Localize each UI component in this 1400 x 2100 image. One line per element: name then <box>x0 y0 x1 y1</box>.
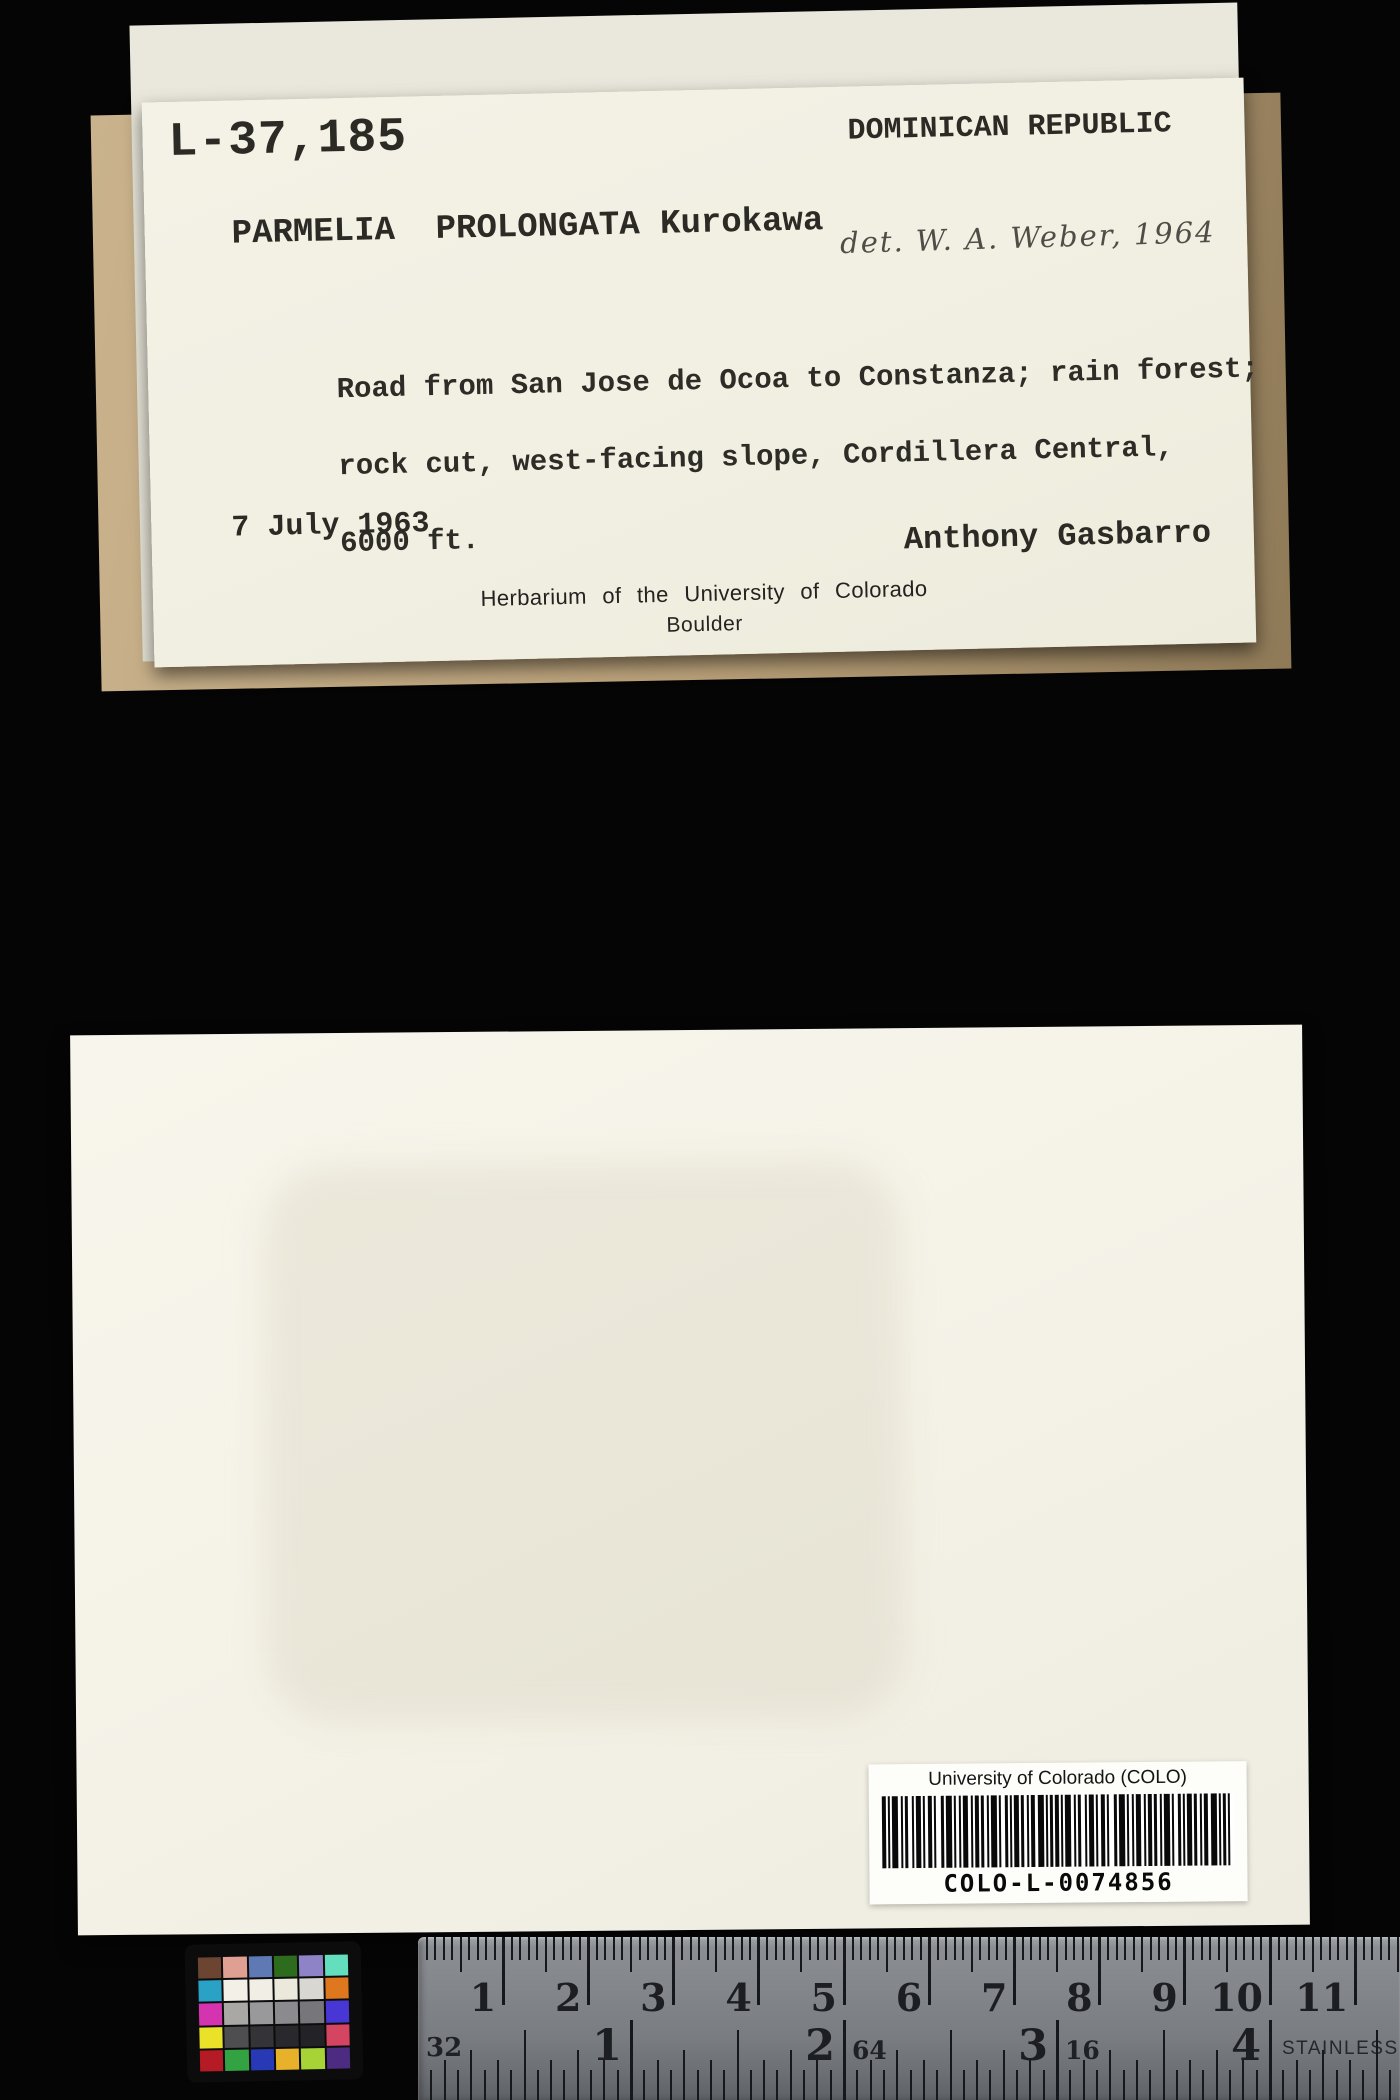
ruler-mm-tick <box>1133 1937 1135 1960</box>
color-swatch <box>249 2002 273 2024</box>
color-swatch <box>274 1956 298 1978</box>
ruler-mm-tick <box>869 1937 871 1960</box>
barcode-bar <box>905 1796 909 1868</box>
ruler-mm-tick <box>1320 1937 1322 1960</box>
ruler-inch-tick <box>1389 2070 1391 2100</box>
ruler-inch-tick <box>883 2070 885 2100</box>
ruler-inch-tick <box>643 2070 645 2100</box>
barcode-bar <box>1136 1794 1142 1866</box>
ruler-mm-tick <box>834 1937 836 1960</box>
barcode-bar <box>916 1796 922 1868</box>
barcode-bar <box>1194 1794 1198 1866</box>
ruler-mm-tick <box>1397 1937 1399 1972</box>
ruler-inch-tick <box>524 2030 526 2100</box>
barcode-bar <box>954 1796 957 1868</box>
barcode-bar <box>901 1796 904 1868</box>
ruler-mm-tick <box>485 1937 487 1960</box>
ruler-inch-number: 4 <box>1190 2021 1261 2071</box>
barcode-bar <box>1183 1794 1186 1866</box>
ruler-mm-tick <box>1303 1937 1305 1960</box>
barcode-bar <box>1148 1794 1153 1866</box>
ruler-mm-tick <box>494 1937 496 1960</box>
ruler-mm-tick <box>1192 1937 1194 1960</box>
ruler-inch-tick <box>1083 2060 1085 2100</box>
color-checker-grid <box>198 1954 350 2071</box>
ruler-mm-tick <box>664 1937 666 1960</box>
barcode-bar <box>1160 1794 1163 1866</box>
ruler-mm-tick <box>1388 1937 1390 1960</box>
ruler-mm-tick <box>1107 1937 1109 1960</box>
ruler-inch-tick <box>444 2060 446 2100</box>
barcode-bar <box>1078 1795 1082 1867</box>
barcode-bar <box>981 1795 985 1867</box>
ruler-mm-tick <box>757 1937 760 2005</box>
ruler-mm-tick <box>1337 1937 1339 1960</box>
ruler-mm-tick <box>1278 1937 1280 1960</box>
barcode-bar <box>1223 1793 1227 1865</box>
ruler-mm-tick <box>979 1937 981 1960</box>
barcode-bar <box>963 1796 969 1868</box>
country-label: DOMINICAN REPUBLIC <box>847 107 1172 148</box>
ruler-mm-tick <box>962 1937 964 1960</box>
ruler-mm-tick <box>1005 1937 1007 1960</box>
ruler-inch-tick <box>910 2070 912 2100</box>
ruler-mm-tick <box>647 1937 649 1960</box>
barcode-bar <box>1204 1793 1209 1865</box>
barcode-bar <box>1154 1794 1158 1866</box>
ruler-inch-tick <box>803 2070 805 2100</box>
barcode <box>882 1793 1235 1868</box>
ruler-mm-tick <box>715 1937 717 1972</box>
ruler-mm-tick <box>843 1937 846 2005</box>
ruler-mm-tick <box>988 1937 990 1960</box>
ruler-mm-tick <box>903 1937 905 1960</box>
barcode-number: COLO-L-0074856 <box>869 1867 1247 1898</box>
color-swatch <box>274 1979 298 2001</box>
ruler-mm-tick <box>1209 1937 1211 1960</box>
ruler-mm-tick <box>672 1937 675 2005</box>
color-swatch <box>324 1954 348 1976</box>
ruler-cm-number: 7 <box>939 1975 1007 2020</box>
ruler-cm-number: 2 <box>513 1975 581 2020</box>
color-swatch <box>249 1979 273 2001</box>
ruler-mm-tick <box>886 1937 888 1972</box>
ruler-inch-tick <box>1229 2070 1231 2100</box>
collection-date: 7 July 1963 <box>231 507 430 545</box>
barcode-bar <box>1055 1795 1060 1867</box>
ruler-inch-tick <box>1109 2050 1111 2100</box>
color-swatch <box>300 2001 324 2023</box>
ruler-mm-tick <box>1082 1937 1084 1960</box>
ruler-mm-tick <box>528 1937 530 1960</box>
color-swatch <box>326 2024 350 2046</box>
barcode-bar <box>1014 1795 1020 1867</box>
ruler-mm-tick <box>1150 1937 1152 1960</box>
ruler-mm-tick <box>477 1937 479 1960</box>
color-swatch <box>299 1955 323 1977</box>
ruler-mm-tick <box>1116 1937 1118 1960</box>
color-swatch <box>248 1956 272 1978</box>
ruler-inch-tick <box>1096 2070 1098 2100</box>
barcode-bar <box>1107 1794 1110 1866</box>
color-swatch <box>325 2001 349 2023</box>
ruler-inch-tick <box>1269 2020 1272 2100</box>
barcode-bar <box>1085 1795 1088 1867</box>
barcode-bar <box>1038 1795 1045 1867</box>
ruler-inch-tick <box>1136 2060 1138 2100</box>
color-swatch <box>300 1978 324 2000</box>
ruler-mm-tick <box>613 1937 615 1960</box>
color-swatch <box>325 1978 349 2000</box>
ruler-mm-tick <box>1183 1937 1186 2005</box>
barcode-bar <box>928 1796 933 1868</box>
ruler-mm-tick <box>724 1937 726 1960</box>
barcode-bar <box>1200 1794 1203 1866</box>
ruler-mm-tick <box>749 1937 751 1960</box>
ruler-mm-tick <box>741 1937 743 1960</box>
ruler-mm-tick <box>800 1937 802 1972</box>
ruler-mm-tick <box>1065 1937 1067 1960</box>
ruler-inch-tick <box>737 2030 739 2100</box>
ruler-mm-tick <box>698 1937 700 1960</box>
ruler-mm-tick <box>920 1937 922 1960</box>
ruler-mm-tick <box>1286 1937 1288 1960</box>
ruler-mm-tick <box>809 1937 811 1960</box>
ruler-mm-tick <box>1201 1937 1203 1960</box>
ruler-mm-tick <box>1056 1937 1058 1972</box>
locality-line: Road from San Jose de Ocoa to Constanza;… <box>336 352 1259 406</box>
ruler-inch-tick <box>497 2060 499 2100</box>
ruler-inch-tick <box>963 2070 965 2100</box>
ruler-inch-tick <box>1336 2070 1338 2100</box>
ruler-mm-tick <box>1167 1937 1169 1960</box>
ruler-mm-tick <box>1013 1937 1016 2005</box>
ruler-mm-tick <box>562 1937 564 1960</box>
color-swatch <box>301 2048 325 2070</box>
ruler-cm-number: 1 <box>428 1975 496 2020</box>
barcode-bar <box>1027 1795 1030 1867</box>
color-swatch <box>224 1980 248 2002</box>
ruler-mm-tick <box>604 1937 606 1960</box>
barcode-bar <box>892 1796 899 1868</box>
ruler-inch-tick <box>457 2070 459 2100</box>
ruler-inch-tick <box>1376 2030 1378 2100</box>
ruler-mm-tick <box>511 1937 513 1960</box>
barcode-bar <box>1089 1794 1095 1866</box>
ruler-inch-number: 2 <box>764 2021 835 2071</box>
barcode-bar <box>1096 1794 1099 1866</box>
ruler-mm-tick <box>707 1937 709 1960</box>
ruler-brand-text: STAINLESS ST <box>1282 2038 1400 2060</box>
color-checker-card <box>185 1941 364 2083</box>
ruler-mm-tick <box>1158 1937 1160 1960</box>
barcode-bar <box>1187 1794 1193 1866</box>
barcode-bar <box>1046 1795 1049 1867</box>
barcode-bar <box>1021 1795 1025 1867</box>
barcode-bar <box>1005 1795 1009 1867</box>
ruler-inch-tick <box>830 2070 832 2100</box>
barcode-bar <box>1127 1794 1130 1866</box>
ruler-inch-tick <box>1123 2070 1125 2100</box>
ruler-mm-tick <box>570 1937 572 1960</box>
ruler-inch-tick <box>870 2060 872 2100</box>
ruler-inch-tick <box>1202 2070 1204 2100</box>
ruler-mm-tick <box>894 1937 896 1960</box>
ruler-inch-tick <box>670 2070 672 2100</box>
locality-text: Road from San Jose de Ocoa to Constanza;… <box>231 311 1264 604</box>
barcode-bar <box>971 1796 974 1868</box>
ruler-inch-tick <box>683 2050 685 2100</box>
ruler-mm-tick <box>860 1937 862 1960</box>
ruler-cm-number: 5 <box>769 1975 837 2020</box>
barcode-bar <box>1050 1795 1054 1867</box>
barcode-bar <box>999 1795 1002 1867</box>
ruler-mm-tick <box>928 1937 931 2005</box>
ruler-mm-tick <box>502 1937 505 2005</box>
barcode-bar <box>1074 1795 1077 1867</box>
ruler-inch-tick <box>1069 2070 1071 2100</box>
ruler-inch-tick <box>1163 2030 1165 2100</box>
ruler-inch-tick <box>484 2070 486 2100</box>
ruler-inch-tick <box>856 2070 858 2100</box>
ruler-cm-number: 8 <box>1025 1975 1093 2020</box>
ruler-mm-tick <box>579 1937 581 1960</box>
ruler-mm-tick <box>434 1937 436 1960</box>
ruler-mm-tick <box>1380 1937 1382 1960</box>
barcode-bar <box>975 1795 980 1867</box>
ruler-mm-tick <box>1090 1937 1092 1960</box>
ruler-mm-tick <box>443 1937 445 1960</box>
ruler-inch-tick <box>697 2070 699 2100</box>
ruler-inch-tick <box>1296 2060 1298 2100</box>
ruler-inch-tick <box>989 2070 991 2100</box>
ruler-inch-tick <box>710 2060 712 2100</box>
ruler-inch-number: 1 <box>551 2021 622 2071</box>
ruler-mm-tick <box>817 1937 819 1960</box>
ruler-inch-tick <box>470 2050 472 2100</box>
ruler-mm-tick <box>460 1937 462 1972</box>
ruler-mm-tick <box>630 1937 632 1972</box>
ruler-inch-tick <box>936 2070 938 2100</box>
barcode-bar <box>1228 1793 1231 1865</box>
ruler-mm-tick <box>1047 1937 1049 1960</box>
barcode-bar <box>941 1796 945 1868</box>
color-swatch <box>223 1957 247 1979</box>
color-swatch <box>198 1957 222 1979</box>
color-swatch <box>200 2050 224 2072</box>
ruler-mm-tick <box>783 1937 785 1960</box>
ruler-mm-tick <box>775 1937 777 1960</box>
barcode-bar <box>991 1795 998 1867</box>
ruler-mm-tick <box>1030 1937 1032 1960</box>
ruler-mm-tick <box>1252 1937 1254 1960</box>
ruler-inch-tick <box>1016 2070 1018 2100</box>
collector-name: Anthony Gasbarro <box>903 514 1211 558</box>
barcode-bar <box>1065 1795 1072 1867</box>
barcode-bar <box>1178 1794 1182 1866</box>
ruler-inch-tick <box>1322 2050 1324 2100</box>
ruler-inch-tick <box>1362 2070 1364 2100</box>
barcode-bar <box>987 1795 990 1867</box>
ruler-inch-tick <box>1349 2060 1351 2100</box>
ruler-inch-tick <box>510 2070 512 2100</box>
ruler-mm-tick <box>1039 1937 1041 1960</box>
ruler-mm-tick <box>519 1937 521 1960</box>
ruler-mm-tick <box>468 1937 470 1960</box>
color-swatch <box>199 2027 223 2049</box>
ruler-mm-tick <box>1218 1937 1220 1960</box>
ruler-mm-tick <box>1243 1937 1245 1960</box>
barcode-bar <box>882 1796 887 1868</box>
ruler-mm-tick <box>1346 1937 1348 1960</box>
specimen-label-card: L-37,185 DOMINICAN REPUBLIC PARMELIA PRO… <box>142 78 1257 668</box>
determination-stamp: det. W. A. Weber, 1964 <box>840 215 1216 260</box>
ruler-mm-tick <box>1295 1937 1297 1960</box>
ruler-cm-number: 4 <box>684 1975 752 2020</box>
ruler-inch-tick <box>896 2050 898 2100</box>
ruler-mm-tick <box>1022 1937 1024 1960</box>
ruler-inch-tick <box>923 2060 925 2100</box>
ruler-mm-tick <box>1124 1937 1126 1960</box>
catalog-number: L-37,185 <box>168 111 408 170</box>
ruler-mm-tick <box>1329 1937 1331 1960</box>
ruler-mm-tick <box>1226 1937 1228 1972</box>
ruler-mm-tick <box>954 1937 956 1960</box>
ruler-cm-number: 10 <box>1195 1975 1263 2020</box>
barcode-bar <box>1219 1793 1222 1865</box>
ruler-mm-tick <box>996 1937 998 1960</box>
ruler-mm-tick <box>877 1937 879 1960</box>
ruler-inch-tick <box>723 2070 725 2100</box>
ruler-inch-tick <box>1256 2070 1258 2100</box>
specimen-photo: L-37,185 DOMINICAN REPUBLIC PARMELIA PRO… <box>0 0 1400 2100</box>
color-swatch <box>250 2049 274 2071</box>
ruler-cm-number: 11 <box>1280 1975 1348 2020</box>
ruler-inch-tick <box>430 2070 432 2100</box>
ruler-mm-tick <box>451 1937 453 1960</box>
ruler-mm-tick <box>1363 1937 1365 1960</box>
barcode-bar <box>1031 1795 1036 1867</box>
ruler-mm-tick <box>792 1937 794 1960</box>
ruler-mm-tick <box>945 1937 947 1960</box>
ruler-mm-tick <box>1269 1937 1272 2005</box>
ruler-mm-tick <box>826 1937 828 1960</box>
ruler-inch-tick <box>1149 2070 1151 2100</box>
ruler-mm-tick <box>545 1937 547 1972</box>
ruler-mm-tick <box>1141 1937 1143 1972</box>
barcode-bar <box>1172 1794 1175 1866</box>
color-swatch <box>250 2026 274 2048</box>
ruler-mm-tick <box>971 1937 973 1972</box>
taxon-name: PARMELIA PROLONGATA Kurokawa <box>231 202 823 253</box>
ruler-mm-tick <box>621 1937 623 1960</box>
ruler-mm-tick <box>639 1937 641 1960</box>
color-swatch <box>198 1980 222 2002</box>
ruler-mm-tick <box>911 1937 913 1960</box>
ruler-mm-tick <box>596 1937 598 1960</box>
ruler-inch-tick <box>563 2070 565 2100</box>
color-swatch <box>225 2026 249 2048</box>
ruler-inch-tick <box>750 2070 752 2100</box>
ruler-inch-tick <box>843 2020 846 2100</box>
ruler-mm-tick <box>553 1937 555 1960</box>
barcode-bar <box>934 1796 937 1868</box>
barcode-bar <box>946 1796 953 1868</box>
ruler-mm-tick <box>937 1937 939 1960</box>
ruler-inch-tick <box>537 2070 539 2100</box>
envelope-back: University of Colorado (COLO) COLO-L-007… <box>70 1025 1310 1936</box>
ruler-32-label: 32 <box>426 2033 462 2063</box>
barcode-bar <box>1132 1794 1135 1866</box>
ruler-inch-tick <box>657 2060 659 2100</box>
ruler-mm-tick <box>690 1937 692 1960</box>
ruler-mm-tick <box>1175 1937 1177 1960</box>
barcode-bar <box>1061 1795 1064 1867</box>
color-swatch <box>199 2003 223 2025</box>
ruler-inch-number: 3 <box>977 2021 1048 2071</box>
ruler-inch-tick <box>630 2020 633 2100</box>
ruler-mm-tick <box>587 1937 590 2005</box>
barcode-bar <box>1101 1794 1106 1866</box>
barcode-bar <box>1010 1795 1013 1867</box>
color-swatch <box>275 2025 299 2047</box>
barcode-bar <box>923 1796 926 1868</box>
ruler-cm-number: 6 <box>854 1975 922 2020</box>
color-swatch <box>276 2048 300 2070</box>
ruler-inch-tick <box>950 2030 952 2100</box>
ruler-mm-tick <box>852 1937 854 1960</box>
color-swatch <box>225 2049 249 2071</box>
ruler-mm-tick <box>681 1937 683 1960</box>
color-swatch <box>224 2003 248 2025</box>
barcode-bar <box>1119 1794 1126 1866</box>
ruler-mm-tick <box>1354 1937 1357 2005</box>
color-swatch <box>326 2047 350 2069</box>
barcode-bar <box>1114 1794 1118 1866</box>
color-swatch <box>301 2025 325 2047</box>
barcode-bar <box>912 1796 915 1868</box>
ruler-mm-tick <box>732 1937 734 1960</box>
barcode-bar <box>888 1796 891 1868</box>
ruler-mm-tick <box>426 1937 428 1960</box>
ruler-mm-tick <box>1312 1937 1314 1972</box>
barcode-bar <box>1211 1793 1218 1865</box>
ruler-inch-tick <box>1043 2070 1045 2100</box>
ruler-inch-tick <box>617 2070 619 2100</box>
barcode-title: University of Colorado (COLO) <box>869 1766 1247 1791</box>
barcode-bar <box>959 1796 962 1868</box>
steel-ruler: 32 64 16 STAINLESS ST 12345678910111234 <box>418 1937 1400 2100</box>
contents-imprint <box>261 1158 906 1724</box>
ruler-cm-number: 3 <box>599 1975 667 2020</box>
ruler-mm-tick <box>1371 1937 1373 1960</box>
ruler-mm-tick <box>1260 1937 1262 1960</box>
ruler-mm-tick <box>766 1937 768 1960</box>
ruler-mm-tick <box>1235 1937 1237 1960</box>
barcode-label: University of Colorado (COLO) COLO-L-007… <box>868 1761 1247 1904</box>
ruler-inch-tick <box>590 2070 592 2100</box>
ruler-cm-number: 9 <box>1110 1975 1178 2020</box>
ruler-mm-tick <box>656 1937 658 1960</box>
ruler-inch-tick <box>776 2070 778 2100</box>
ruler-inch-tick <box>1176 2070 1178 2100</box>
ruler-inch-tick <box>1282 2070 1284 2100</box>
barcode-bar <box>1144 1794 1147 1866</box>
ruler-mm-tick <box>1073 1937 1075 1960</box>
barcode-bar <box>1164 1794 1171 1866</box>
ruler-inch-tick <box>1056 2020 1059 2100</box>
color-swatch <box>275 2002 299 2024</box>
